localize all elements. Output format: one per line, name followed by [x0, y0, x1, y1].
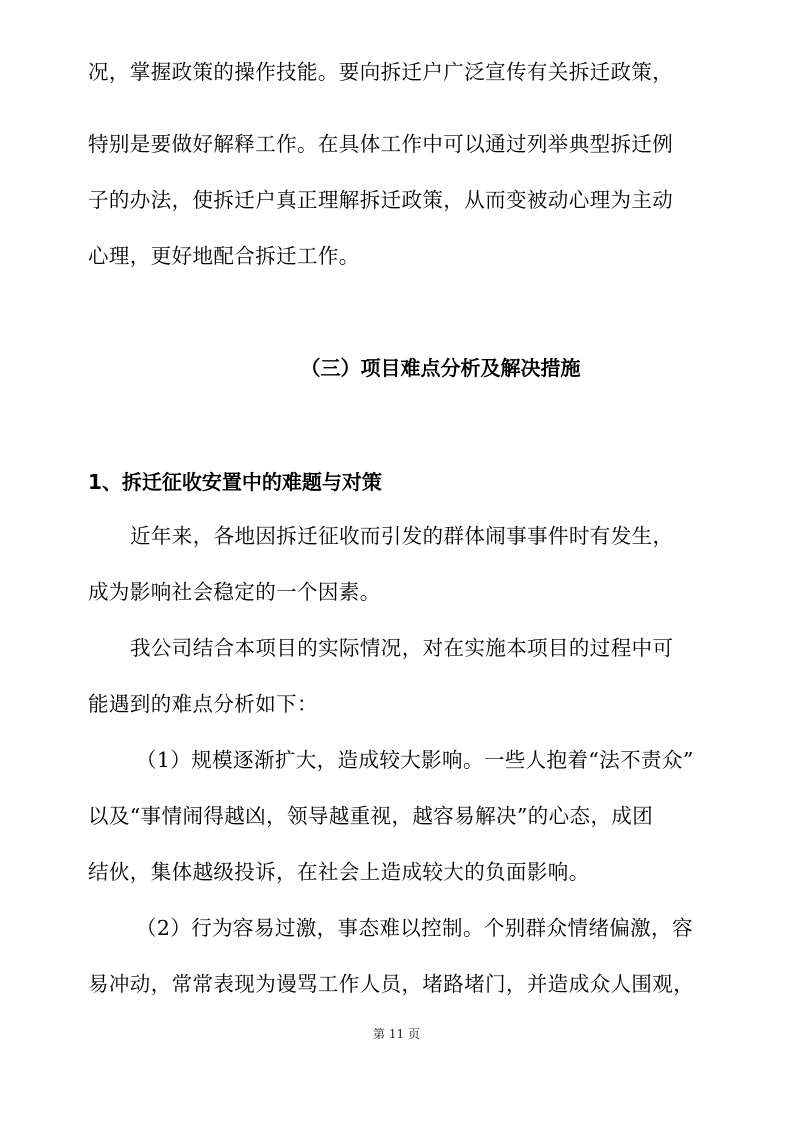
- subsection-heading: 1、拆迁征收安置中的难题与对策: [88, 468, 382, 496]
- paragraph-line: 特别是要做好解释工作。在具体工作中可以通过列举典型拆迁例: [88, 130, 708, 158]
- list-item-line: 以及“事情闹得越凶，领导越重视，越容易解决”的心态，成团: [88, 802, 708, 830]
- list-item-line: 结伙，集体越级投诉，在社会上造成较大的负面影响。: [88, 858, 708, 886]
- page-number: 第 11 页: [0, 1026, 793, 1042]
- paragraph-line: 我公司结合本项目的实际情况，对在实施本项目的过程中可: [130, 634, 750, 662]
- list-item-line: （2）行为容易过激，事态难以控制。个别群众情绪偏激，容: [136, 914, 756, 942]
- paragraph-line: 子的办法，使拆迁户真正理解拆迁政策，从而变被动心理为主动: [88, 186, 708, 214]
- section-heading: （三）项目难点分析及解决措施: [0, 354, 793, 382]
- paragraph-line: 况，掌握政策的操作技能。要向拆迁户广泛宣传有关拆迁政策，: [88, 58, 708, 86]
- list-item-line: （1）规模逐渐扩大，造成较大影响。一些人抱着“法不责众”: [136, 746, 756, 774]
- document-page: 况，掌握政策的操作技能。要向拆迁户广泛宣传有关拆迁政策， 特别是要做好解释工作。…: [0, 0, 793, 1122]
- paragraph-line: 能遇到的难点分析如下：: [88, 690, 708, 718]
- list-item-line: 易冲动，常常表现为谩骂工作人员，堵路堵门，并造成众人围观，: [88, 970, 708, 998]
- paragraph-line: 近年来，各地因拆迁征收而引发的群体闹事事件时有发生，: [130, 522, 750, 550]
- paragraph-line: 成为影响社会稳定的一个因素。: [88, 578, 708, 606]
- paragraph-line: 心理，更好地配合拆迁工作。: [88, 242, 708, 270]
